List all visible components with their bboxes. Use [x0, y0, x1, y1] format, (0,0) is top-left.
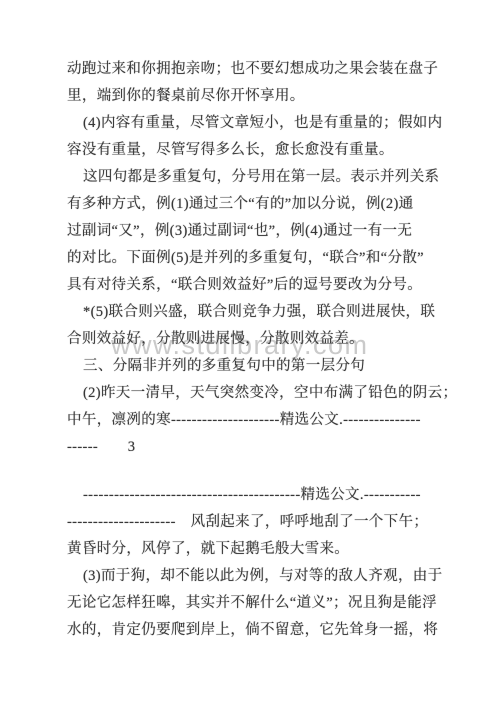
text-line-10: *(5)联合则兴盛，联合则竞争力强，联合则进展快，联: [67, 299, 419, 326]
text-line-21: 无论它怎样狂嗥，其实并不解什么“道义”；况且狗是能浮: [67, 590, 419, 617]
text-line-3: (4)内容有重量，尽管文章短小，也是有重量的；假如内: [67, 110, 419, 137]
text-line-5: 这四句都是多重复句，分号用在第一层。表示并列关系: [67, 164, 419, 191]
text-block: 动跑过来和你拥抱亲吻；也不要幻想成功之果会装在盘子里，端到你的餐桌前尽你开怀享用…: [67, 56, 419, 644]
text-line-22: 水的，肯定仍要爬到岸上，倘不留意，它先耸身一摇，将: [67, 617, 419, 644]
text-line-15: ------ 3: [67, 434, 419, 461]
document-page: www.stdlibrary.com 动跑过来和你拥抱亲吻；也不要幻想成功之果会…: [0, 0, 500, 708]
text-line-2: 里，端到你的餐桌前尽你开怀享用。: [67, 83, 419, 110]
text-line-14: 中午，凛冽的寒---------------------精选公文.-------…: [67, 407, 419, 434]
text-line-19: 黄昏时分，风停了，就下起鹅毛般大雪来。: [67, 536, 419, 563]
text-line-9: 具有对待关系，“联合则效益好”后的逗号要改为分号。: [67, 272, 419, 299]
text-line-17: ----------------------------------------…: [67, 482, 419, 509]
text-line-1: 动跑过来和你拥抱亲吻；也不要幻想成功之果会装在盘子: [67, 56, 419, 83]
paragraph-spacer: [67, 461, 419, 482]
text-line-7: 过副词“又”，例(3)通过副词“也”，例(4)通过一有一无: [67, 218, 419, 245]
text-line-8: 的对比。下面例(5)是并列的多重复句，“联合”和“分散”: [67, 245, 419, 272]
text-line-6: 有多种方式，例(1)通过三个“有的”加以分说，例(2)通: [67, 191, 419, 218]
screenshot-root: { "page": { "background": "#ffffff", "te…: [0, 0, 500, 708]
text-line-20: (3)而于狗，却不能以此为例，与对等的敌人齐观，由于: [67, 563, 419, 590]
text-line-12: 三、分隔非并列的多重复句中的第一层分句: [67, 353, 419, 380]
text-line-18: --------------------- 风刮起来了，呼呼地刮了一个下午；: [67, 509, 419, 536]
text-line-13: (2)昨天一清早，天气突然变冷，空中布满了铅色的阴云；: [67, 380, 419, 407]
text-line-4: 容没有重量，尽管写得多么长，愈长愈没有重量。: [67, 137, 419, 164]
text-line-11: 合则效益好，分散则进展慢，分散则效益差。: [67, 326, 419, 353]
